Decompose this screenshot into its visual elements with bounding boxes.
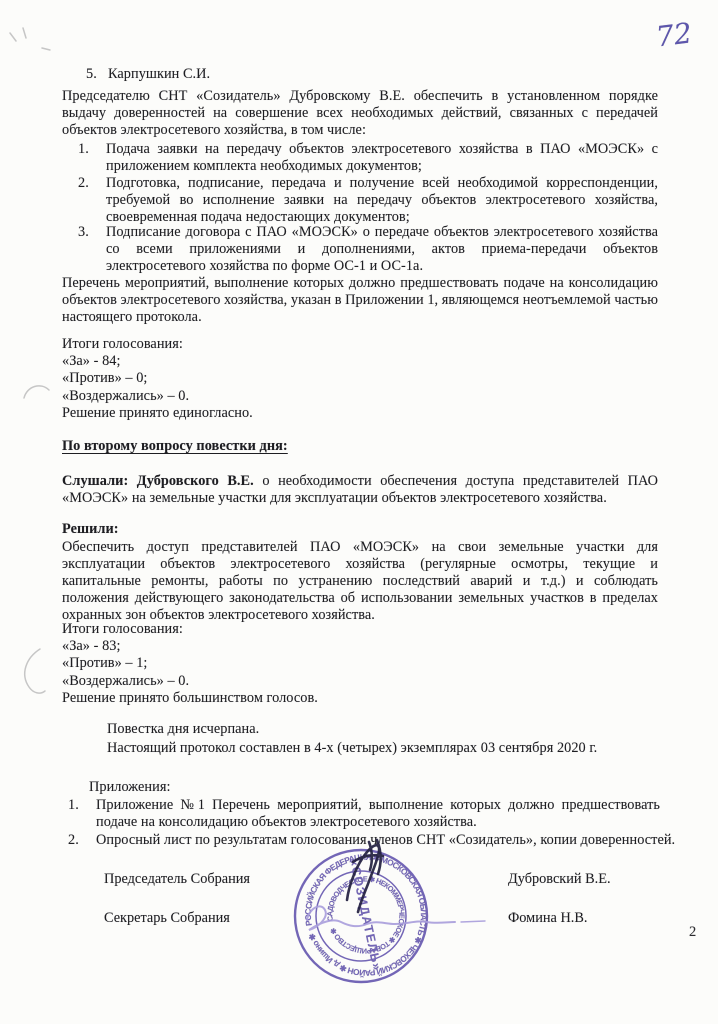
voting-2-abstained: «Воздержались» – 0. [62, 673, 462, 690]
task-item-1: 1. Подача заявки на передачу объектов эл… [78, 141, 658, 175]
attachment-item-2: 2. Опросный лист по результатам голосова… [68, 832, 678, 849]
attachment-1-text: Приложение №1 Перечень мероприятий, выпо… [96, 797, 660, 831]
task-1-text: Подача заявки на передачу объектов элект… [106, 141, 658, 175]
attachment-2-number: 2. [68, 832, 96, 849]
task-item-3: 3. Подписание договора с ПАО «МОЭСК» о п… [78, 224, 658, 275]
task-2-text: Подготовка, подписание, передача и получ… [106, 175, 658, 226]
decided-label: Решили: [62, 521, 119, 538]
chairman-role-label: Председатель Собрания [104, 871, 250, 888]
voting-1-result: Решение принято единогласно. [62, 405, 462, 422]
attachment-2-text: Опросный лист по результатам голосования… [96, 832, 678, 849]
listened-label: Слушали: Дубровского В.Е. [62, 473, 254, 489]
attachment-item-1: 1. Приложение №1 Перечень мероприятий, в… [68, 797, 660, 831]
secretary-signature [307, 906, 485, 930]
attachment-1-number: 1. [68, 797, 96, 831]
chairman-signature [347, 840, 383, 912]
secretary-name: Фомина Н.В. [508, 910, 587, 927]
voting-1-against: «Против» – 0; [62, 370, 462, 387]
task-1-number: 1. [78, 141, 106, 175]
margin-arc-mark-1 [24, 386, 49, 398]
agenda-done-line: Повестка дня исчерпана. [107, 721, 259, 738]
seal-center-text: «СОЗИДАТЕЛЬ» [347, 858, 385, 973]
voting-2-against: «Против» – 1; [62, 655, 462, 672]
chairman-name: Дубровский В.Е. [508, 871, 611, 888]
snt-round-seal: РОССИЙСКАЯ ФЕДЕРАЦИЯ ✱ МОСКОВСКАЯ ОБЛАСТ… [283, 837, 442, 994]
corner-number-text: 72 [654, 16, 693, 53]
appendix-note-paragraph: Перечень мероприятий, выполнение которых… [62, 275, 658, 326]
voting-2-for: «За» - 83; [62, 638, 462, 655]
page-number: 2 [689, 924, 696, 941]
secretary-role-label: Секретарь Собрания [104, 910, 230, 927]
task-3-text: Подписание договора с ПАО «МОЭСК» о пере… [106, 224, 658, 275]
chairman-instruction-paragraph: Председателю СНТ «Созидатель» Дубровском… [62, 88, 658, 139]
task-3-number: 3. [78, 224, 106, 275]
corner-smudge-mark [10, 28, 50, 50]
question-2-listened: Слушали: Дубровского В.Е. о необходимост… [62, 473, 658, 507]
voting-1-abstained: «Воздержались» – 0. [62, 388, 462, 405]
question-2-heading: По второму вопросу повестки дня: [62, 438, 288, 455]
handwritten-corner-number: 72 [638, 8, 718, 60]
decided-paragraph: Обеспечить доступ представителей ПАО «МО… [62, 539, 658, 624]
appointee-item-5: 5.Карпушкин С.И. [86, 66, 210, 83]
attachments-title: Приложения: [89, 779, 171, 796]
appointee-item-number: 5. [86, 66, 108, 83]
seal-and-signatures: РОССИЙСКАЯ ФЕДЕРАЦИЯ ✱ МОСКОВСКАЯ ОБЛАСТ… [265, 826, 495, 1022]
voting-2-result: Решение принято большинством голосов. [62, 690, 462, 707]
task-item-2: 2. Подготовка, подписание, передача и по… [78, 175, 658, 226]
voting-1-for: «За» - 84; [62, 353, 462, 370]
voting-1-title: Итоги голосования: [62, 336, 462, 353]
appointee-item-name: Карпушкин С.И. [108, 66, 210, 82]
task-2-number: 2. [78, 175, 106, 226]
voting-results-2: Итоги голосования: «За» - 83; «Против» –… [62, 621, 462, 707]
voting-2-title: Итоги голосования: [62, 621, 462, 638]
copies-line: Настоящий протокол составлен в 4-х (четы… [107, 740, 597, 757]
seal-outer-ring-text: РОССИЙСКАЯ ФЕДЕРАЦИЯ ✱ МОСКОВСКАЯ ОБЛАСТ… [291, 840, 441, 991]
document-page: 72 5.Карпушкин С.И. Председателю СНТ «Со… [0, 0, 718, 1024]
seal-inner-ring-text: САДОВОДЧЕСКОЕ ✱ НЕКОММЕРЧЕСКОЕ ✱ ТОВАРИЩ… [318, 867, 414, 963]
voting-results-1: Итоги голосования: «За» - 84; «Против» –… [62, 336, 462, 422]
margin-arc-mark-2 [25, 649, 45, 693]
